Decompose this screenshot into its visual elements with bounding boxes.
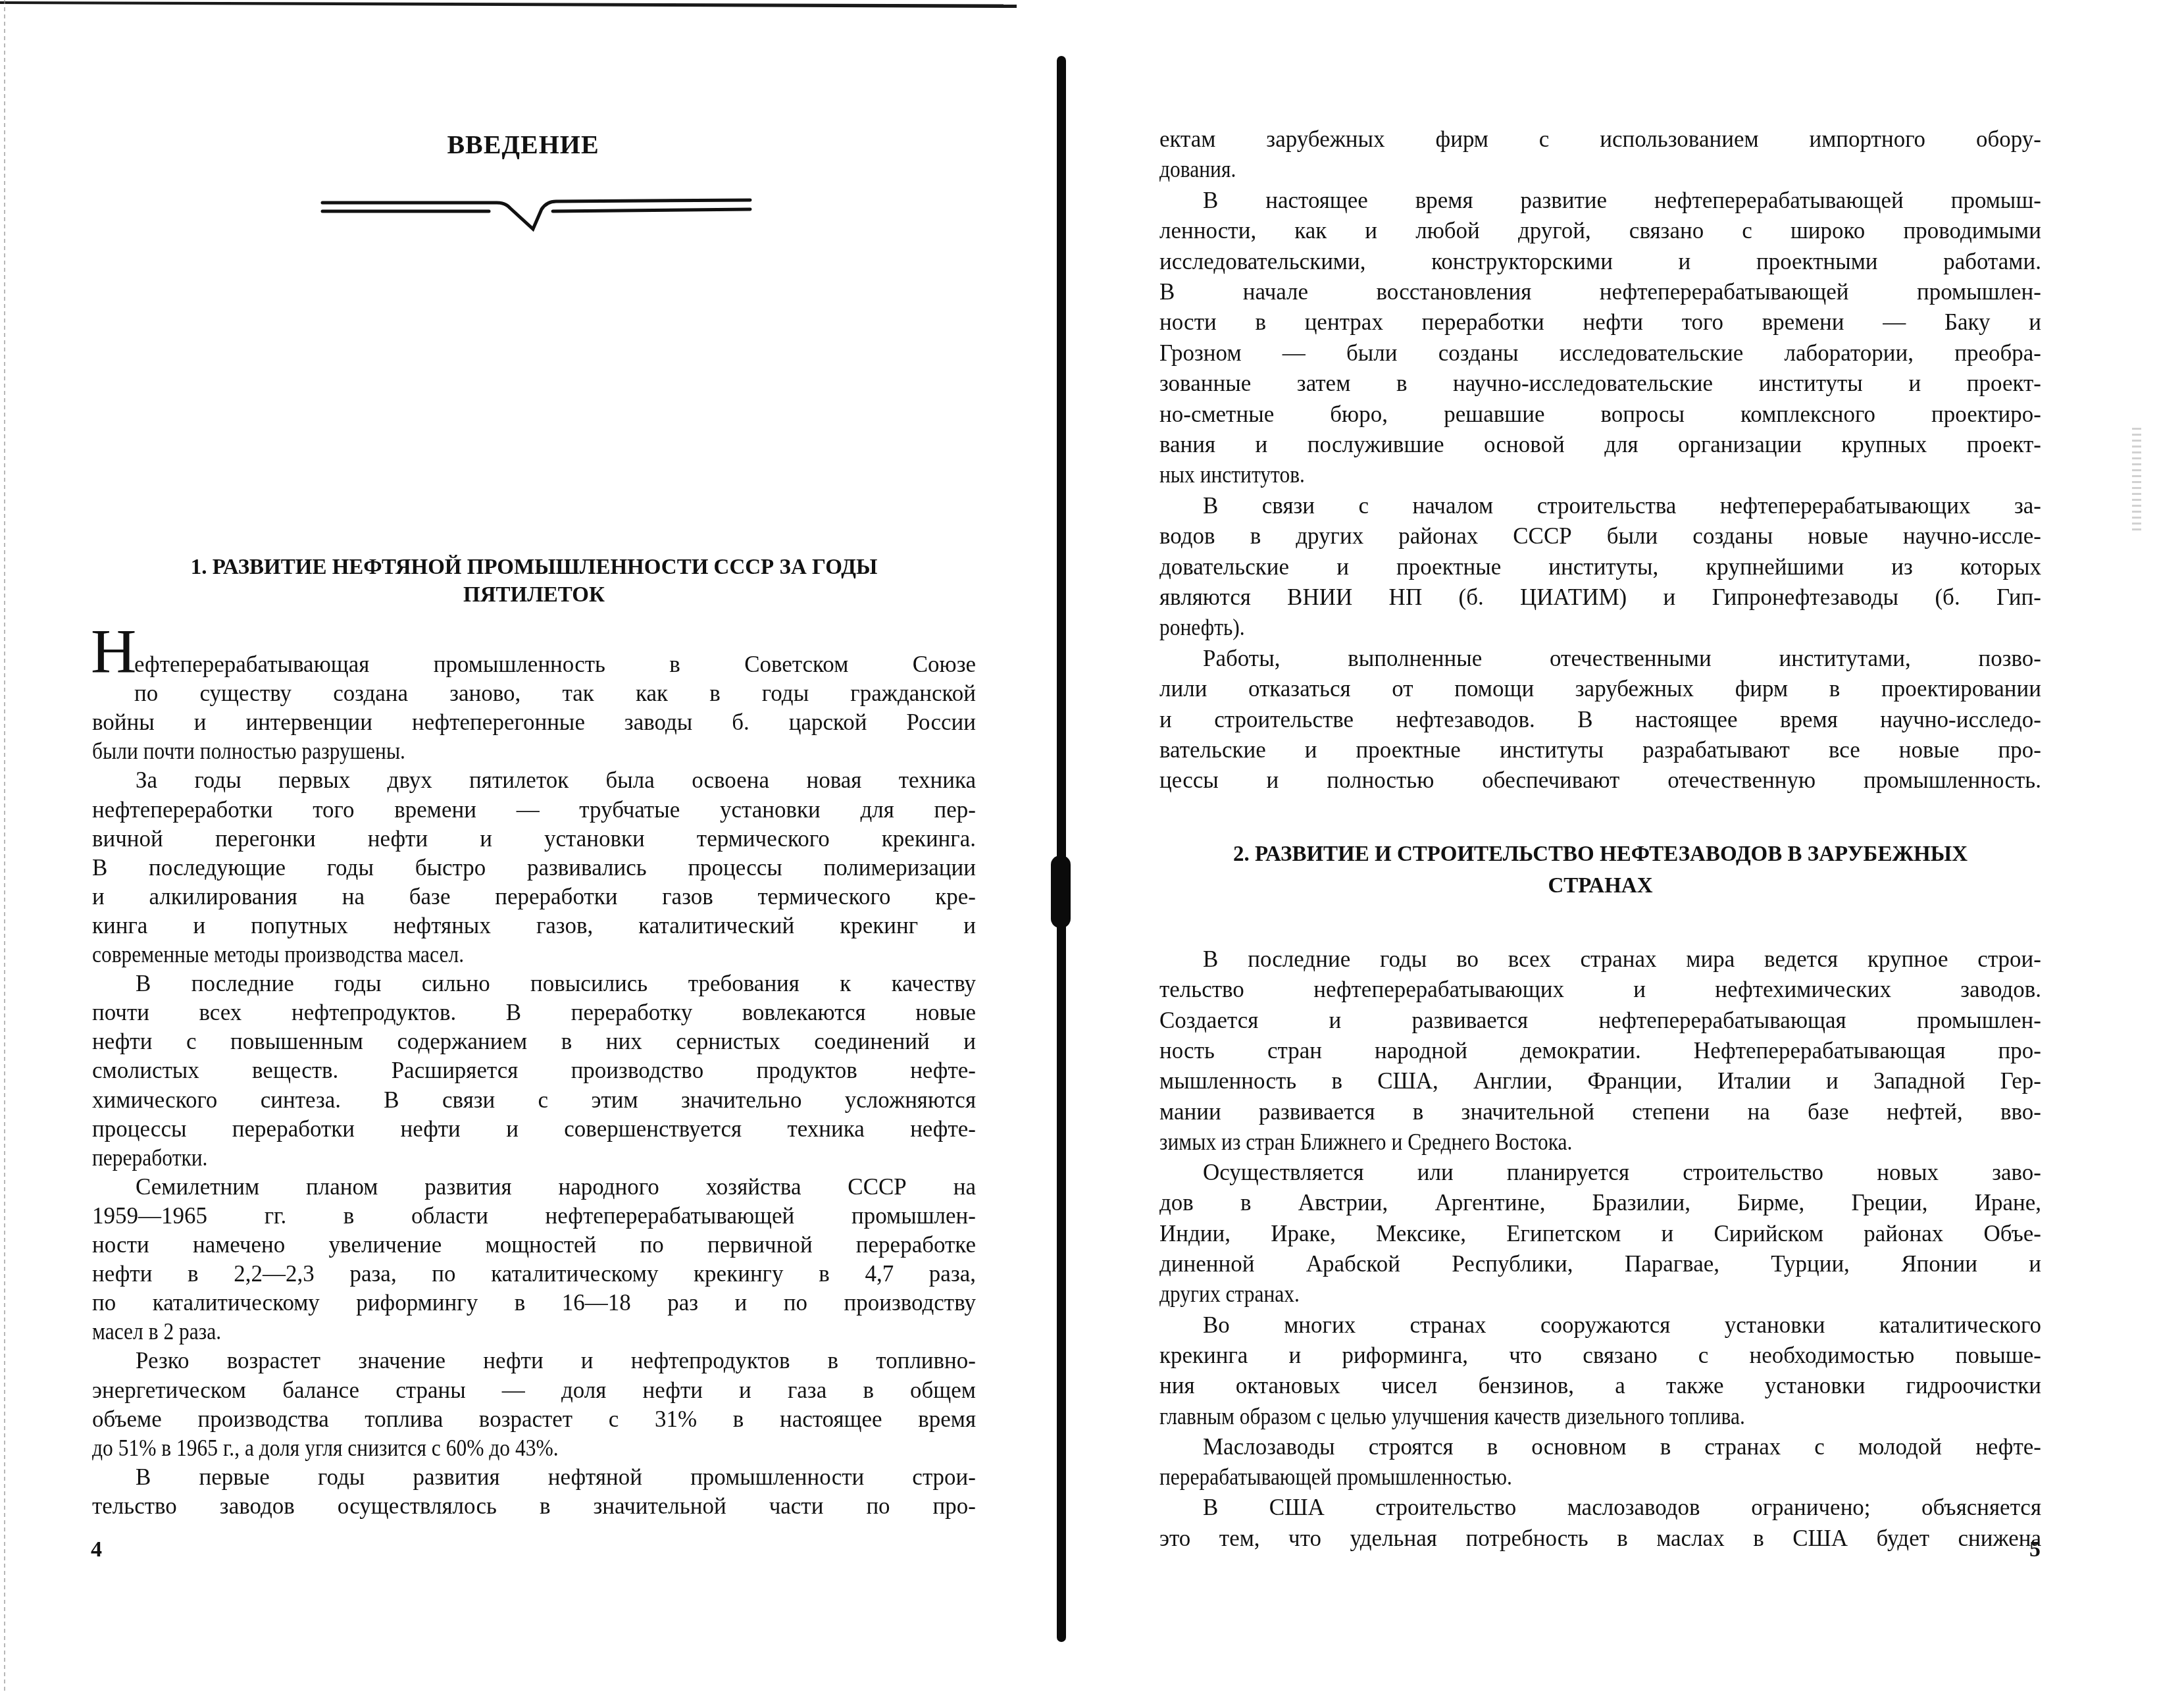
chapter-title: ВВЕДЕНИЕ xyxy=(395,129,651,161)
text-line: кинга и попутных нефтяных газов, каталит… xyxy=(92,911,976,940)
text-line: Во многих странах сооружаются установки … xyxy=(1203,1311,2041,1340)
text-line: вания и послужившие основой для организа… xyxy=(1159,430,2041,459)
text-line: процессы переработки нефти и совершенств… xyxy=(92,1115,976,1144)
text-line: энергетическом балансе страны — доля неф… xyxy=(92,1376,976,1405)
text-line: Семилетним планом развития народного хоз… xyxy=(136,1173,976,1202)
text-line: зованные затем в научно-исследовательски… xyxy=(1159,369,2041,398)
text-line: главным образом с целью улучшения качест… xyxy=(1159,1402,1810,1431)
text-line: 1959—1965 гг. в области нефтеперерабатыв… xyxy=(92,1202,976,1231)
text-line: до 51% в 1965 г., а доля угля снизится с… xyxy=(92,1434,610,1463)
text-line: В последние годы во всех странах мира ве… xyxy=(1203,945,2041,974)
text-line: мышленность в США, Англии, Франции, Итал… xyxy=(1159,1067,2041,1096)
text-line: Грозном — были созданы исследовательские… xyxy=(1159,339,2041,368)
text-line: дов в Австрии, Аргентине, Бразилии, Бирм… xyxy=(1159,1189,2041,1218)
text-line: по каталитическому риформингу в 16—18 ра… xyxy=(92,1289,976,1318)
text-line: ности намечено увеличение мощностей по п… xyxy=(92,1231,976,1260)
text-line: довательские и проектные институты, круп… xyxy=(1159,553,2041,582)
text-line: диненной Арабской Республики, Парагвае, … xyxy=(1159,1250,2041,1279)
text-line: В последние годы сильно повысились требо… xyxy=(136,969,976,998)
text-line: ронефть). xyxy=(1159,613,1254,642)
text-line: водов в других районах СССР были созданы… xyxy=(1159,522,2041,551)
text-line: почти всех нефтепродуктов. В переработку… xyxy=(92,998,976,1027)
text-line: ния октановых чисел бензинов, а также ус… xyxy=(1159,1372,2041,1400)
text-line: тельство нефтеперерабатывающих и нефтехи… xyxy=(1159,975,2041,1004)
text-line: Работы, выполненные отечественными инсти… xyxy=(1203,644,2041,673)
text-line: нефти в 2,2—2,3 раза, по каталитическому… xyxy=(92,1260,976,1289)
text-line: объеме производства топлива возрастет с … xyxy=(92,1405,976,1434)
page-number-left: 4 xyxy=(91,1537,102,1563)
text-line: ленности, как и любой другой, связано с … xyxy=(1159,217,2041,245)
text-line: тельство заводов осуществлялось в значит… xyxy=(92,1492,976,1521)
text-line: Маслозаводы строятся в основном в страна… xyxy=(1203,1433,2041,1462)
text-line: В связи с началом строительства нефтепер… xyxy=(1203,492,2041,521)
text-line: и строительстве нефтезаводов. В настояще… xyxy=(1159,705,2041,734)
text-line: В начале восстановления нефтеперерабатыв… xyxy=(1159,278,2041,307)
section-heading-1-line-1: 1. РАЗВИТИЕ НЕФТЯНОЙ ПРОМЫШЛЕННОСТИ СССР… xyxy=(92,553,976,582)
text-line: ность стран народной демократии. Нефтепе… xyxy=(1159,1037,2041,1065)
text-line: исследовательскими, конструкторскими и п… xyxy=(1159,247,2041,276)
text-line: В США строительство маслозаводов огранич… xyxy=(1203,1493,2041,1522)
text-line: являются ВНИИ НП (б. ЦИАТИМ) и Гипронефт… xyxy=(1159,583,2041,612)
text-line: ности в центрах переработки нефти того в… xyxy=(1159,308,2041,337)
text-line: нефтепереработки того времени — трубчаты… xyxy=(92,796,976,825)
scan-speckle xyxy=(2132,428,2141,533)
book-binding-gutter xyxy=(1057,56,1066,1642)
text-line: Осуществляется или планируется строитель… xyxy=(1203,1158,2041,1187)
text-line: В первые годы развития нефтяной промышле… xyxy=(136,1463,976,1492)
text-line: ефтеперерабатывающая промышленность в Со… xyxy=(134,650,976,679)
text-line: Индии, Ираке, Мексике, Египетском и Сири… xyxy=(1159,1219,2041,1248)
text-line: были почти полностью разрушены. xyxy=(92,737,440,766)
text-line: по существу создана заново, так как в го… xyxy=(134,679,976,708)
text-line: крекинга и риформинга, что связано с нео… xyxy=(1159,1341,2041,1370)
text-line: В настоящее время развитие нефтеперераба… xyxy=(1203,186,2041,215)
text-line: лили отказаться от помощи зарубежных фир… xyxy=(1159,675,2041,704)
text-line: но-сметные бюро, решавшие вопросы компле… xyxy=(1159,400,2041,429)
text-line: перерабатывающей промышленностью. xyxy=(1159,1463,1552,1492)
text-line: вичной перегонки нефти и установки терми… xyxy=(92,825,976,854)
text-line: За годы первых двух пятилеток была освое… xyxy=(136,766,976,795)
text-line: В последующие годы быстро развивались пр… xyxy=(92,854,976,883)
text-line: войны и интервенции нефтеперегонные заво… xyxy=(92,708,976,737)
page-number-right: 5 xyxy=(2029,1537,2041,1563)
text-line: переработки. xyxy=(92,1144,220,1173)
text-line: Создается и развивается нефтеперерабатыв… xyxy=(1159,1006,2041,1035)
text-line: и алкилирования на базе переработки газо… xyxy=(92,883,976,911)
section-heading-2-line-1: 2. РАЗВИТИЕ И СТРОИТЕЛЬСТВО НЕФТЕЗАВОДОВ… xyxy=(1159,840,2041,869)
scan-top-edge-line xyxy=(0,1,1017,8)
text-line: масел в 2 раза. xyxy=(92,1318,236,1346)
text-line: зимых из стран Ближнего и Среднего Восто… xyxy=(1159,1128,1618,1157)
text-line: мании развивается в значительной степени… xyxy=(1159,1098,2041,1127)
book-binding-gutter-bulge xyxy=(1051,856,1071,928)
drop-cap: Н xyxy=(91,625,136,678)
text-line: нефти с повышенным содержанием в них сер… xyxy=(92,1027,976,1056)
text-line: смолистых веществ. Расширяется производс… xyxy=(92,1056,976,1085)
title-ornament-icon xyxy=(319,195,753,234)
text-line: цессы и полностью обеспечивают отечестве… xyxy=(1159,766,2041,795)
text-line: Резко возрастет значение нефти и нефтепр… xyxy=(136,1346,976,1375)
section-heading-2-line-2: СТРАНАХ xyxy=(1159,871,2041,900)
section-heading-1-line-2: ПЯТИЛЕТОК xyxy=(92,580,976,609)
text-line: это тем, что удельная потребность в масл… xyxy=(1159,1524,2041,1553)
text-line: других странах. xyxy=(1159,1280,1315,1309)
scan-left-edge xyxy=(4,0,5,1692)
text-line: современные методы производства масел. xyxy=(92,940,505,969)
text-line: химического синтеза. В связи с этим знач… xyxy=(92,1086,976,1115)
text-line: ектам зарубежных фирм с использованием и… xyxy=(1159,125,2041,154)
text-line: ных институтов. xyxy=(1159,461,1321,490)
text-line: вательские и проектные институты разраба… xyxy=(1159,736,2041,765)
text-line: дования. xyxy=(1159,155,1244,184)
